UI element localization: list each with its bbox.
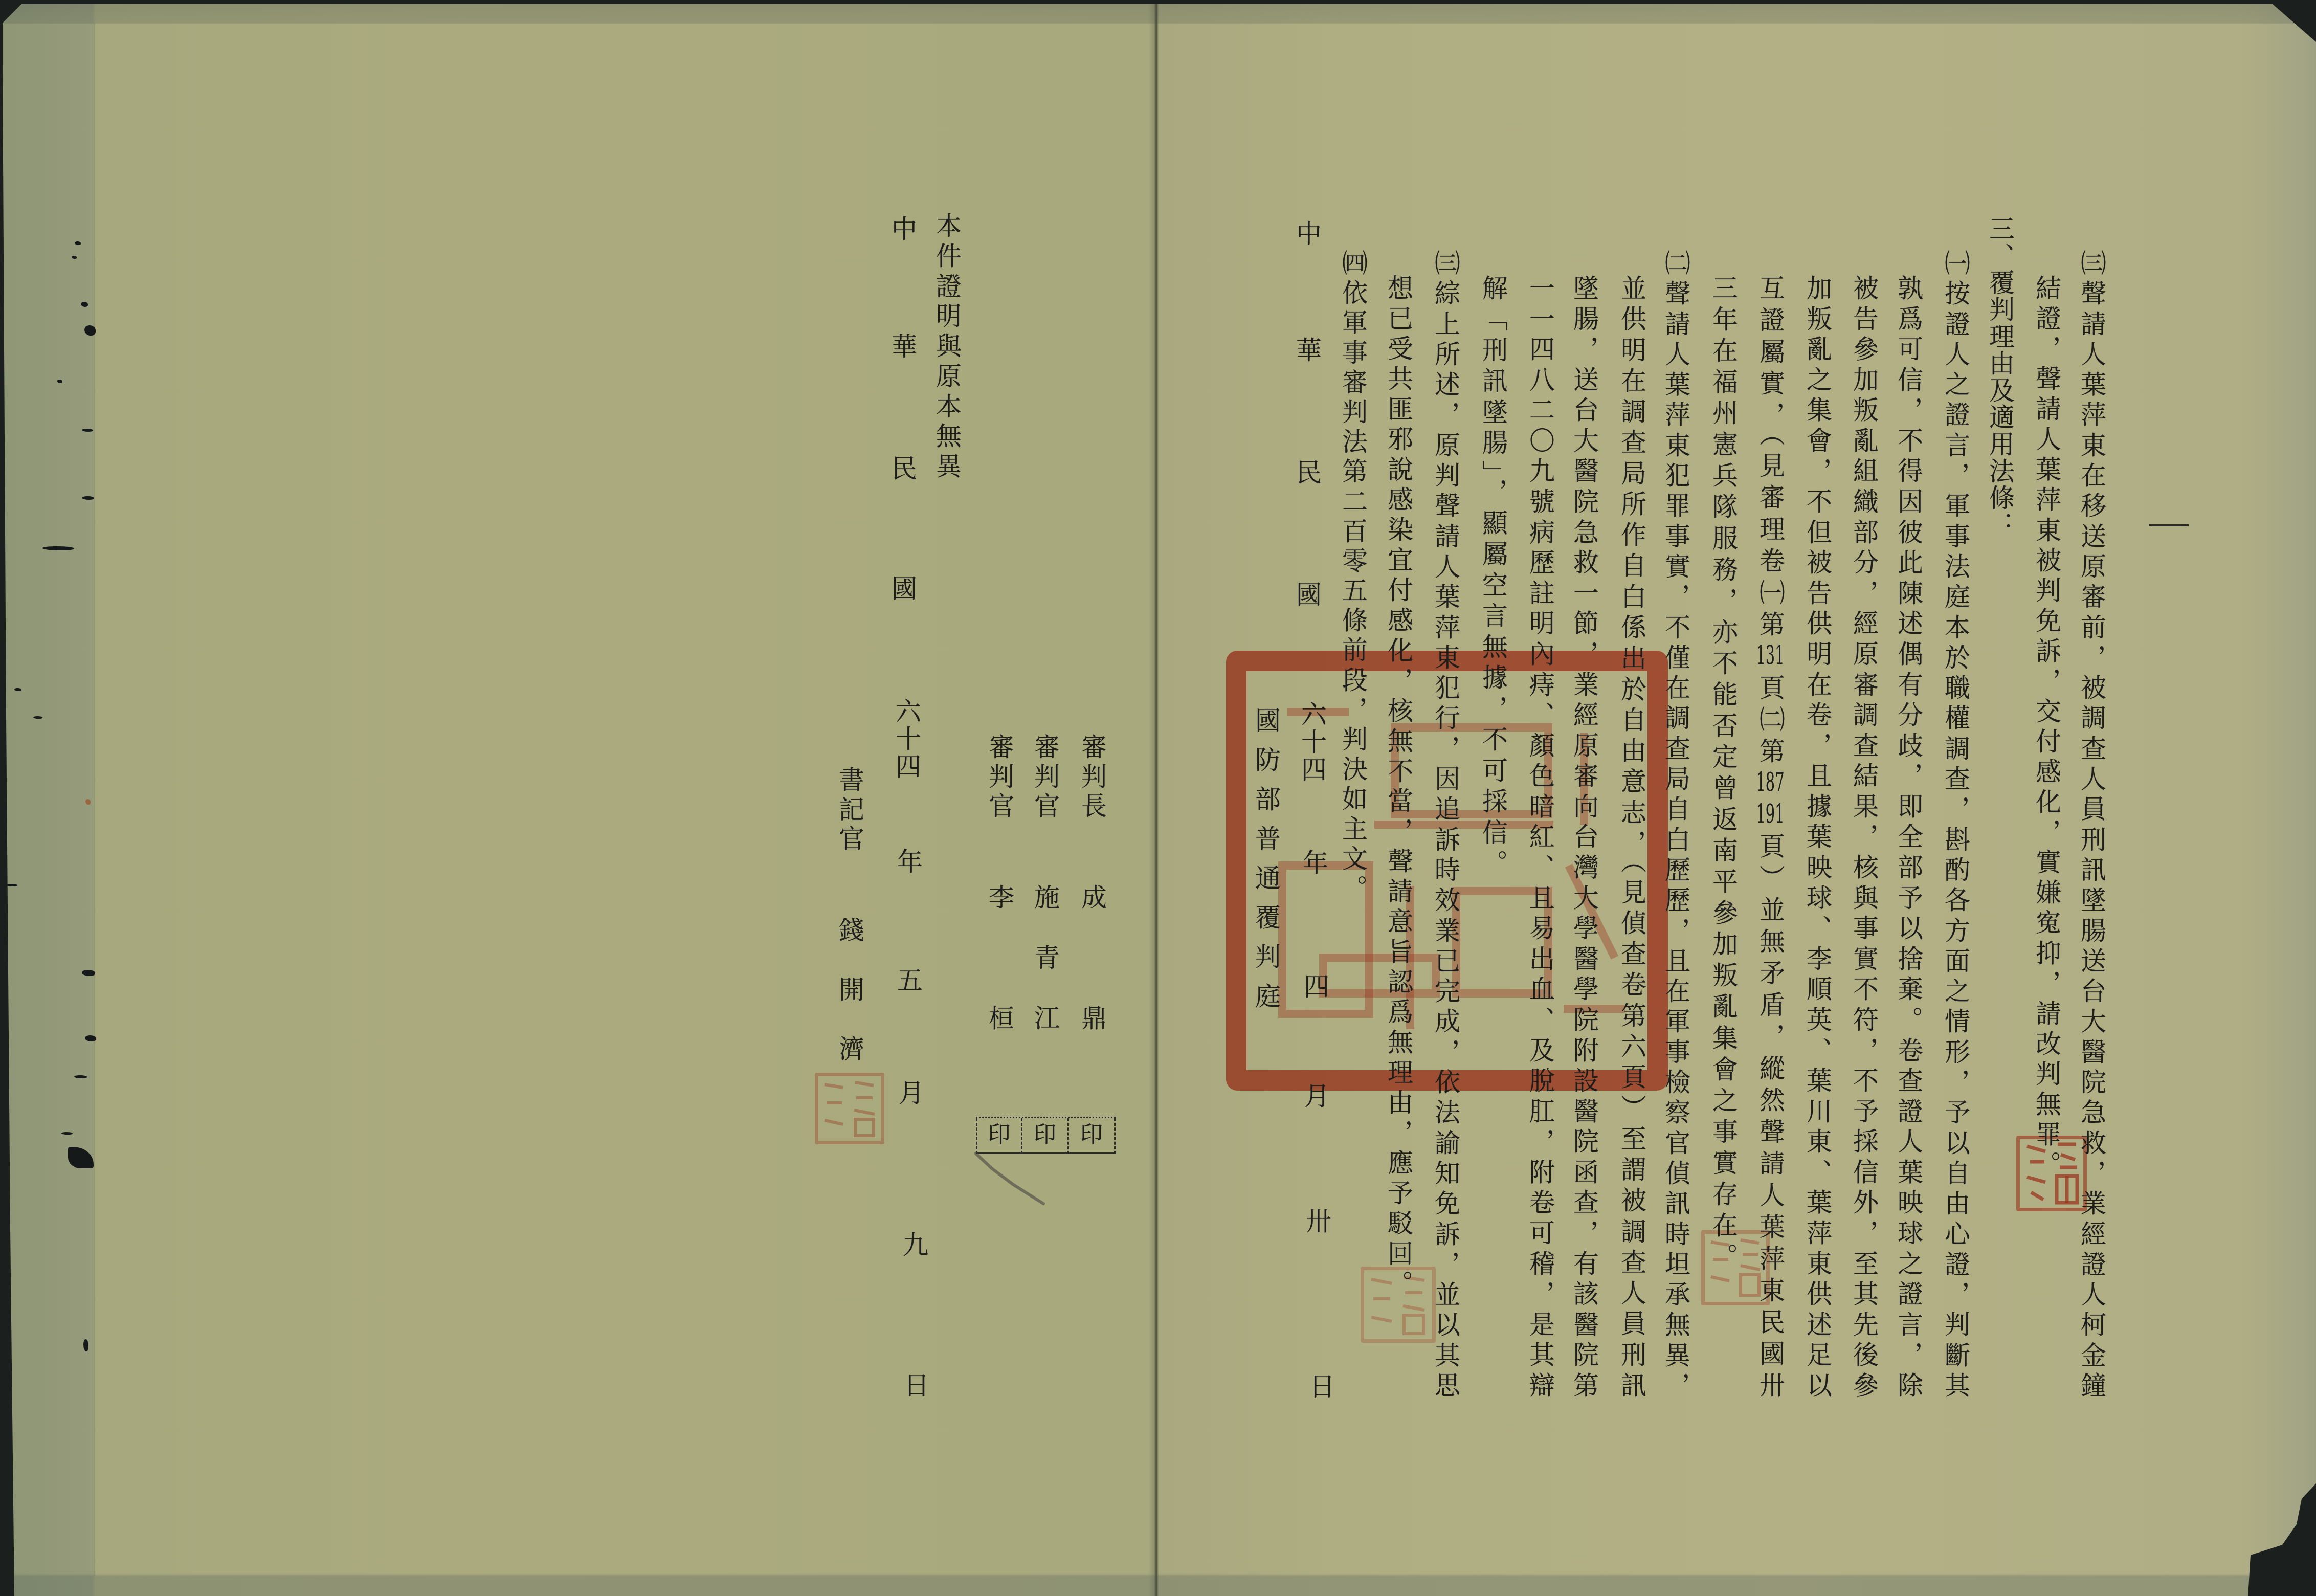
binding-hole	[74, 1075, 87, 1078]
date-char: 中	[1284, 220, 1330, 251]
date-char: 年	[885, 848, 931, 879]
date-char: 日	[892, 1372, 938, 1403]
seal-box: 印	[1069, 1118, 1116, 1154]
date-char: 月	[886, 1079, 932, 1110]
binding-hole	[33, 716, 42, 719]
body-column-15: ㈢綜上所述，原判聲請人葉萍東犯行，因追訴時效業已完成，依法諭知免訴，並以其思	[1422, 250, 1468, 1398]
clerk-seal-stamp	[815, 1073, 884, 1144]
binding-hole	[83, 1339, 88, 1351]
body-column-1: ㈢聲請人葉萍東在移送原審前，被調查人員刑訊墜腸送台大醫院急救，業經證人柯金鐘	[2068, 250, 2114, 1398]
body-column-5: 孰爲可信，不得因彼此陳述偶有分歧，即全部予以捨棄。卷查證人葉映球之證言，除	[1885, 275, 1931, 1398]
date-char: 卅	[1294, 1208, 1340, 1238]
binding-hole	[14, 688, 21, 691]
binding-strip-edge	[94, 23, 95, 1576]
signatory-name: 成鼎	[1069, 884, 1115, 1030]
rust-stain	[85, 799, 91, 805]
signatory-title: 審判官	[976, 734, 1022, 818]
binding-hole	[57, 380, 62, 383]
body-column-4: ㈠按證人之證言，軍事法庭本於職權調查，斟酌各方面之情形，予以自由心證，判斷其	[1932, 250, 1978, 1398]
signatory-name: 李桓	[976, 884, 1022, 1030]
text-segment: 互證屬實，（見審理卷㈠第	[1755, 275, 1785, 642]
binding-hole	[82, 970, 95, 976]
date-char: 年	[1290, 849, 1337, 880]
date-year-number: 六十四	[1289, 701, 1335, 788]
body-column-17: ㈣依軍事審判法第二百零五條前段，判決如主文。	[1330, 250, 1376, 900]
signatory-title: 書記官	[827, 766, 873, 851]
body-column-13: 一一四八二〇九號病歷註明內痔、顏色暗紅、且易出血、及脫肛，附卷可稽，是其辯	[1517, 275, 1563, 1398]
date-char: 民	[879, 455, 925, 485]
body-column-16: 想已受共匪邪說感染宜付感化，核無不當，聲請意旨認爲無理由，應予駁回。	[1375, 275, 1421, 1296]
certification-text: 本件證明與原本無異	[924, 212, 970, 478]
binding-hole	[84, 325, 96, 336]
date-char: 華	[879, 333, 925, 364]
date-char: 九	[890, 1231, 937, 1262]
date-char: 月	[1292, 1082, 1338, 1113]
binding-hole	[85, 1035, 96, 1041]
section-heading: 三、覆判理由及適用法條：	[1977, 215, 2023, 537]
date-char: 民	[1284, 459, 1330, 490]
pencil-stroke	[972, 1148, 1054, 1210]
margin-dash-mark	[2149, 524, 2189, 526]
page-number: 131	[1755, 642, 1785, 674]
date-char: 中	[879, 215, 925, 246]
binding-hole	[82, 429, 93, 432]
seal-script-strokes	[818, 1076, 881, 1141]
binding-hole	[61, 1132, 73, 1135]
binding-hole	[72, 256, 77, 259]
date-char: 華	[1284, 337, 1330, 367]
page-number: 187	[1755, 769, 1785, 801]
body-column-14: 解「刑訊墜腸」，顯屬空言無據，不可採信。	[1470, 275, 1516, 875]
signatory-name: 施青江	[1022, 884, 1068, 1030]
date-char: 五	[885, 967, 931, 997]
date-year-number: 六十四	[883, 698, 929, 785]
text-segment: 頁）並無矛盾，縱然聲請人葉萍東民國卅	[1755, 833, 1785, 1398]
page-number: 191	[1755, 801, 1785, 833]
body-column-12: 墜腸，送台大醫院急救一節，業經原審向台灣大學醫學院附設醫院函查，有該醫院第	[1561, 275, 1607, 1398]
signatory-name: 錢開濟	[827, 917, 873, 1061]
center-fold	[1154, 4, 1158, 1596]
binding-hole	[6, 884, 17, 886]
body-column-2: 結證，聲請人葉萍東被判免訴，交付感化，實嫌寃抑，請改判無罪。	[2023, 275, 2069, 1177]
signatory-title: 審判官	[1022, 734, 1068, 818]
body-column-10: ㈡聲請人葉萍東犯罪事實，不僅在調查局自白歷歷，且在軍事檢察官偵訊時坦承無異，	[1653, 250, 1699, 1398]
date-char: 國	[879, 575, 925, 606]
date-char: 國	[1284, 581, 1330, 612]
binding-hole	[81, 302, 88, 307]
text-segment: 頁㈡第	[1755, 674, 1785, 769]
body-column-6: 被告參加叛亂組織部分，經原審調查結果，核與事實不符，不予採信外，至其先後參	[1841, 275, 1887, 1398]
body-column-7: 加叛亂之集會，不但被告供明在卷，且據葉映球、李順英、葉川東、葉萍東供述足以	[1794, 275, 1840, 1398]
body-column-11: 並供明在調查局所作自白係出於自由意志，（見偵查卷第六頁）至謂被調查人員刑訊	[1609, 275, 1655, 1398]
court-name: 國防部普通覆判庭	[1243, 707, 1289, 1008]
date-char: 日	[1297, 1373, 1343, 1404]
body-column-8: 互證屬實，（見審理卷㈠第131頁㈡第187191頁）並無矛盾，縱然聲請人葉萍東民…	[1747, 275, 1793, 1398]
body-column-9: 三年在福州憲兵隊服務，亦不能否定曾返南平參加叛亂集會之事實存在。	[1700, 275, 1746, 1269]
binding-hole	[75, 241, 81, 245]
scanned-document: ㈢聲請人葉萍東在移送原審前，被調查人員刑訊墜腸送台大醫院急救，業經證人柯金鐘 結…	[0, 0, 2316, 1596]
date-char: 四	[1291, 973, 1338, 1004]
binding-hole	[82, 496, 94, 500]
signatory-title: 審判長	[1069, 734, 1115, 818]
